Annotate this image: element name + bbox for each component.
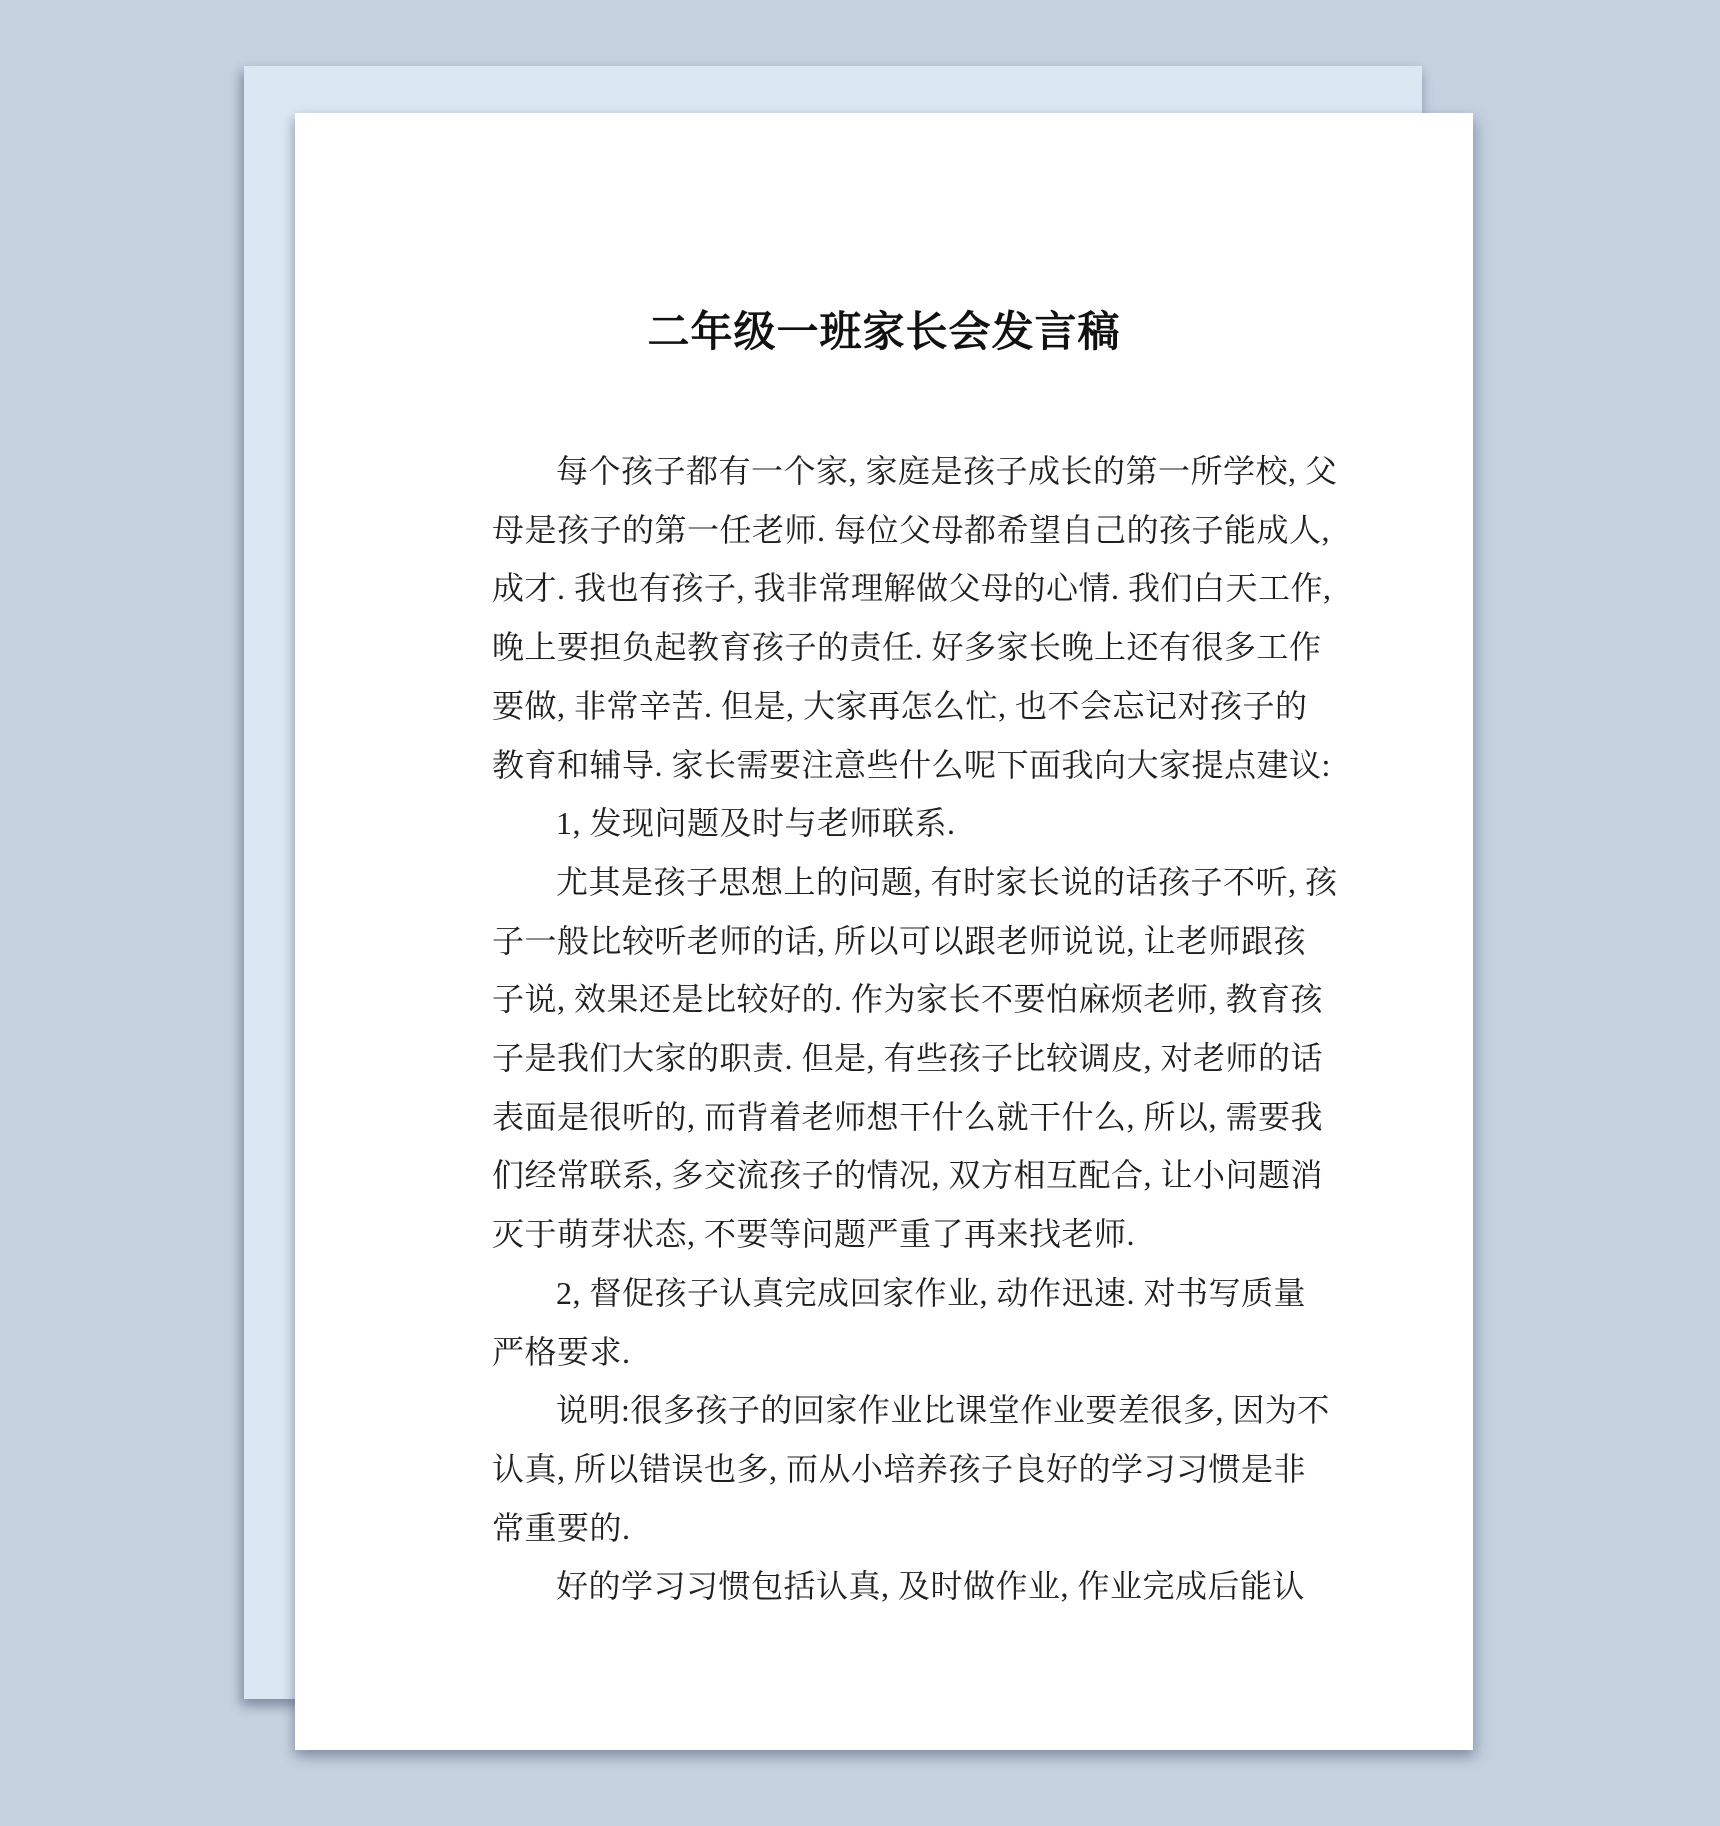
text-line: 好的学习习惯包括认真, 及时做作业, 作业完成后能认 bbox=[492, 1557, 1292, 1616]
document-title: 二年级一班家长会发言稿 bbox=[295, 309, 1473, 355]
text-line: 要做, 非常辛苦. 但是, 大家再怎么忙, 也不会忘记对孩子的 bbox=[492, 677, 1292, 736]
text-line: 尤其是孩子思想上的问题, 有时家长说的话孩子不听, 孩 bbox=[492, 853, 1292, 912]
paragraph: 尤其是孩子思想上的问题, 有时家长说的话孩子不听, 孩子一般比较听老师的话, 所… bbox=[492, 853, 1292, 1264]
document-body: 每个孩子都有一个家, 家庭是孩子成长的第一所学校, 父母是孩子的第一任老师. 每… bbox=[492, 442, 1292, 1616]
paragraph: 好的学习习惯包括认真, 及时做作业, 作业完成后能认 bbox=[492, 1557, 1292, 1616]
text-line: 表面是很听的, 而背着老师想干什么就干什么, 所以, 需要我 bbox=[492, 1088, 1292, 1147]
text-line: 成才. 我也有孩子, 我非常理解做父母的心情. 我们白天工作, bbox=[492, 559, 1292, 618]
text-line: 晚上要担负起教育孩子的责任. 好多家长晚上还有很多工作 bbox=[492, 618, 1292, 677]
text-line: 子一般比较听老师的话, 所以可以跟老师说说, 让老师跟孩 bbox=[492, 912, 1292, 971]
text-line: 每个孩子都有一个家, 家庭是孩子成长的第一所学校, 父 bbox=[492, 442, 1292, 501]
text-line: 教育和辅导. 家长需要注意些什么呢下面我向大家提点建议: bbox=[492, 736, 1292, 795]
text-line: 母是孩子的第一任老师. 每位父母都希望自己的孩子能成人, bbox=[492, 501, 1292, 560]
text-line: 子说, 效果还是比较好的. 作为家长不要怕麻烦老师, 教育孩 bbox=[492, 970, 1292, 1029]
paragraph: 1, 发现问题及时与老师联系. bbox=[492, 794, 1292, 853]
paragraph: 说明:很多孩子的回家作业比课堂作业要差很多, 因为不认真, 所以错误也多, 而从… bbox=[492, 1381, 1292, 1557]
text-line: 说明:很多孩子的回家作业比课堂作业要差很多, 因为不 bbox=[492, 1381, 1292, 1440]
text-line: 子是我们大家的职责. 但是, 有些孩子比较调皮, 对老师的话 bbox=[492, 1029, 1292, 1088]
text-line: 们经常联系, 多交流孩子的情况, 双方相互配合, 让小问题消 bbox=[492, 1146, 1292, 1205]
paragraph: 2, 督促孩子认真完成回家作业, 动作迅速. 对书写质量严格要求. bbox=[492, 1264, 1292, 1381]
text-line: 常重要的. bbox=[492, 1499, 1292, 1558]
text-line: 认真, 所以错误也多, 而从小培养孩子良好的学习习惯是非 bbox=[492, 1440, 1292, 1499]
document-viewer: 二年级一班家长会发言稿 每个孩子都有一个家, 家庭是孩子成长的第一所学校, 父母… bbox=[0, 0, 1720, 1826]
text-line: 1, 发现问题及时与老师联系. bbox=[492, 794, 1292, 853]
text-line: 灭于萌芽状态, 不要等问题严重了再来找老师. bbox=[492, 1205, 1292, 1264]
text-line: 2, 督促孩子认真完成回家作业, 动作迅速. 对书写质量 bbox=[492, 1264, 1292, 1323]
paragraph: 每个孩子都有一个家, 家庭是孩子成长的第一所学校, 父母是孩子的第一任老师. 每… bbox=[492, 442, 1292, 794]
text-line: 严格要求. bbox=[492, 1323, 1292, 1382]
document-page: 二年级一班家长会发言稿 每个孩子都有一个家, 家庭是孩子成长的第一所学校, 父母… bbox=[295, 113, 1473, 1750]
